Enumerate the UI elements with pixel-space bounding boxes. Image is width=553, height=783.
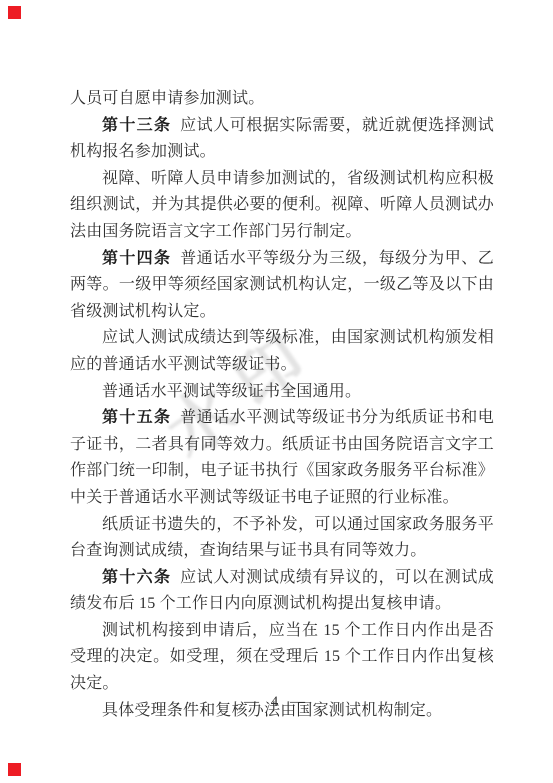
article-label-13: 第十三条 xyxy=(102,117,171,134)
paragraph-text: 应试人测试成绩达到等级标准，由国家测试机构颁发相应的普通话水平测试等级证书。 xyxy=(70,329,494,373)
document-page: 水印 人员可自愿申请参加测试。 第十三条应试人可根据实际需要，就近就便选择测试机… xyxy=(0,0,553,783)
paragraph: 第十三条应试人可根据实际需要，就近就便选择测试机构报名参加测试。 xyxy=(70,113,494,166)
paragraph-text: 人员可自愿申请参加测试。 xyxy=(70,90,264,107)
paragraph-text: 普通话水平测试等级证书全国通用。 xyxy=(102,383,361,400)
article-label-14: 第十四条 xyxy=(102,250,171,267)
paragraph: 应试人测试成绩达到等级标准，由国家测试机构颁发相应的普通话水平测试等级证书。 xyxy=(70,325,494,378)
page-number: — 4 — xyxy=(0,694,553,711)
article-label-15: 第十五条 xyxy=(102,409,171,426)
paragraph: 第十四条普通话水平等级分为三级，每级分为甲、乙两等。一级甲等须经国家测试机构认定… xyxy=(70,246,494,326)
paragraph: 纸质证书遗失的，不予补发，可以通过国家政务服务平台查询测试成绩，查询结果与证书具… xyxy=(70,512,494,565)
paragraph-text: 纸质证书遗失的，不予补发，可以通过国家政务服务平台查询测试成绩，查询结果与证书具… xyxy=(70,516,494,560)
paragraph: 视障、听障人员申请参加测试的，省级测试机构应积极组织测试，并为其提供必要的便利。… xyxy=(70,166,494,246)
document-text-block: 人员可自愿申请参加测试。 第十三条应试人可根据实际需要，就近就便选择测试机构报名… xyxy=(70,86,494,724)
paragraph: 第十六条应试人对测试成绩有异议的，可以在测试成绩发布后 15 个工作日内向原测试… xyxy=(70,565,494,618)
paragraph-text: 视障、听障人员申请参加测试的，省级测试机构应积极组织测试，并为其提供必要的便利。… xyxy=(70,170,494,240)
article-label-16: 第十六条 xyxy=(102,569,171,586)
paragraph-text: 测试机构接到申请后，应当在 15 个工作日内作出是否受理的决定。如受理，须在受理… xyxy=(70,622,494,692)
paragraph: 测试机构接到申请后，应当在 15 个工作日内作出是否受理的决定。如受理，须在受理… xyxy=(70,618,494,698)
paragraph: 人员可自愿申请参加测试。 xyxy=(70,86,494,113)
red-corner-mark-top-left xyxy=(8,6,21,19)
paragraph: 第十五条普通话水平测试等级证书分为纸质证书和电子证书，二者具有同等效力。纸质证书… xyxy=(70,405,494,511)
red-corner-mark-bottom-left xyxy=(8,763,21,776)
paragraph: 普通话水平测试等级证书全国通用。 xyxy=(70,379,494,406)
